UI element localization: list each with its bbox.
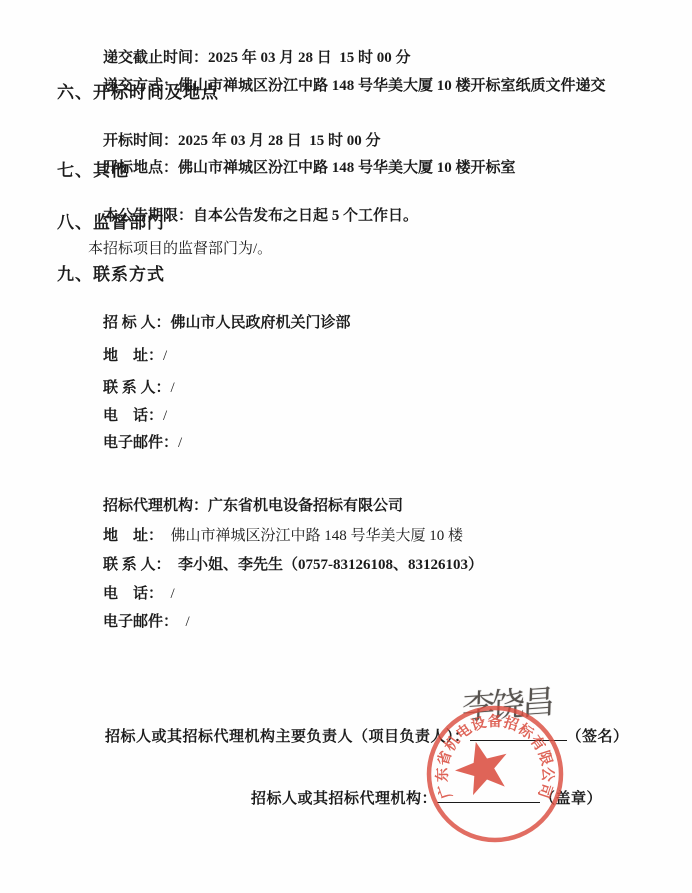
handwritten-signature: 李饶昌 [461, 693, 551, 719]
field-value: 佛山市禅城区汾江中路 148 号华美大厦 10 楼开标室纸质文件递交 [178, 78, 606, 94]
field-value: 自本公告发布之日起 5 个工作日。 [193, 208, 418, 224]
field-label: 招标人或其招标代理机构： [251, 791, 437, 807]
responsible-person-signature-line: 招标人或其招标代理机构主要负责人（项目负责人）：李饶昌（签名） [88, 706, 629, 767]
org-seal-line: 招标人或其招标代理机构：（盖章） [234, 768, 602, 829]
agency-email-row: 电子邮件： / [88, 592, 190, 652]
field-label: 电子邮件： [103, 614, 178, 630]
seal-underline [437, 788, 540, 803]
seal-suffix: （盖章） [540, 791, 602, 807]
document-page: 递交截止时间：2025 年 03 月 28 日 15 时 00 分 递交方式：佛… [0, 0, 692, 893]
field-value: / [171, 380, 175, 396]
section-heading-7: 七、其他 [57, 161, 129, 181]
section-heading-6: 六、开标时间及地点 [57, 83, 219, 103]
supervision-department-line: 本招标项目的监督部门为/。 [88, 239, 272, 259]
tenderer-email-row: 电子邮件：/ [88, 413, 182, 473]
field-value: 佛山市人民政府机关门诊部 [171, 315, 351, 331]
field-label: 招标人或其招标代理机构主要负责人（项目负责人）： [105, 729, 470, 745]
field-label: 电子邮件： [103, 435, 178, 451]
signature-underline: 李饶昌 [470, 726, 567, 741]
section-heading-9: 九、联系方式 [57, 265, 165, 285]
field-value: 李小姐、李先生（0757-83126108、83126103） [171, 557, 484, 573]
field-value: / [178, 614, 190, 630]
signature-suffix: （签名） [567, 729, 629, 745]
section-heading-8: 八、监督部门 [57, 213, 165, 233]
field-value: 佛山市禅城区汾江中路 148 号华美大厦 10 楼开标室 [178, 160, 516, 176]
field-value: / [178, 435, 182, 451]
